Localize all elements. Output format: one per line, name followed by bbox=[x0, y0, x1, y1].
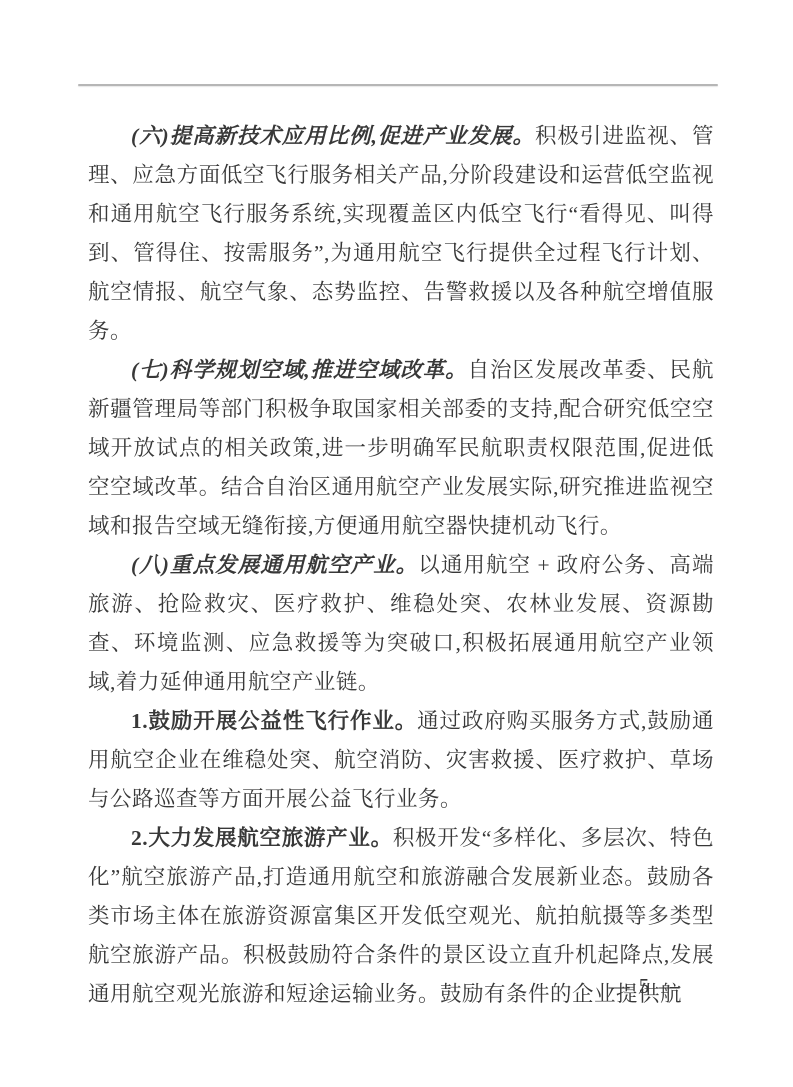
header-divider-line bbox=[78, 84, 718, 86]
page-number: — 5 — bbox=[590, 974, 700, 999]
paragraph-item-1: 1.鼓励开展公益性飞行作业。通过政府购买服务方式,鼓励通用航空企业在维稳处突、航… bbox=[88, 702, 714, 819]
paragraph-lead: 1.鼓励开展公益性飞行作业。 bbox=[131, 709, 417, 733]
document-page: (六)提高新技术应用比例,促进产业发展。积极引进监视、管理、应急方面低空飞行服务… bbox=[0, 0, 793, 1087]
paragraph-body: 积极引进监视、管理、应急方面低空飞行服务相关产品,分阶段建设和运营低空监视和通用… bbox=[88, 124, 714, 343]
paragraph-lead: (八)重点发展通用航空产业。 bbox=[131, 553, 418, 577]
paragraph-body: 自治区发展改革委、民航新疆管理局等部门积极争取国家相关部委的支持,配合研究低空空… bbox=[88, 358, 714, 538]
document-body: (六)提高新技术应用比例,促进产业发展。积极引进监视、管理、应急方面低空飞行服务… bbox=[88, 117, 714, 1014]
paragraph-lead: (七)科学规划空域,推进空域改革。 bbox=[131, 358, 468, 382]
paragraph-section-6: (六)提高新技术应用比例,促进产业发展。积极引进监视、管理、应急方面低空飞行服务… bbox=[88, 117, 714, 351]
paragraph-lead: (六)提高新技术应用比例,促进产业发展。 bbox=[131, 124, 535, 148]
paragraph-section-7: (七)科学规划空域,推进空域改革。自治区发展改革委、民航新疆管理局等部门积极争取… bbox=[88, 351, 714, 546]
paragraph-section-8: (八)重点发展通用航空产业。以通用航空 + 政府公务、高端旅游、抢险救灾、医疗救… bbox=[88, 546, 714, 702]
paragraph-lead: 2.大力发展航空旅游产业。 bbox=[131, 826, 393, 850]
